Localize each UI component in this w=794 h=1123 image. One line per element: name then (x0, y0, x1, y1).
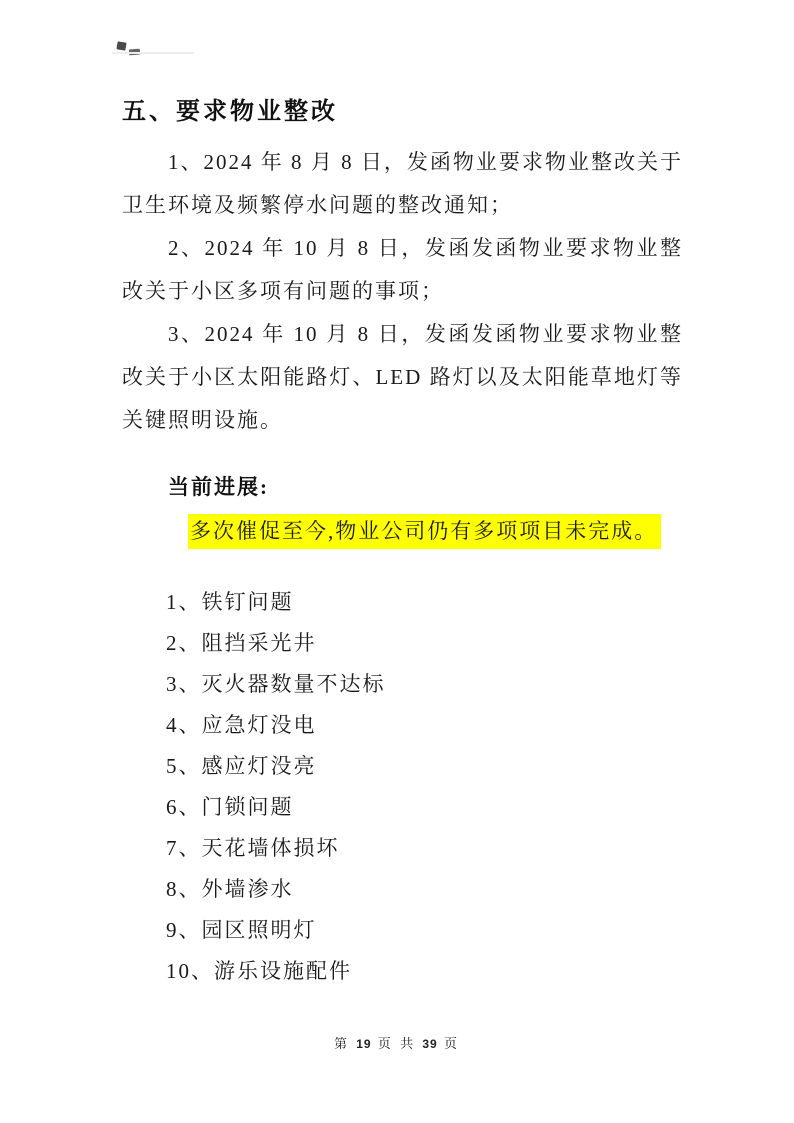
issue-item-9: 9、园区照明灯 (166, 910, 683, 951)
issue-item-5: 5、感应灯没亮 (166, 746, 683, 787)
issue-item-2: 2、阻挡采光井 (166, 623, 683, 664)
footer-middle: 页 共 (378, 1036, 416, 1051)
issue-item-10: 10、游乐设施配件 (166, 951, 683, 992)
page-footer: 第 19 页 共 39 页 (0, 1033, 794, 1052)
progress-heading: 当前进展: (168, 466, 683, 509)
issue-list: 1、铁钉问题 2、阻挡采光井 3、灭火器数量不达标 4、应急灯没电 5、感应灯没… (166, 582, 683, 992)
paragraph-2: 2、2024 年 10 月 8 日，发函发函物业要求物业整改关于小区多项有问题的… (122, 227, 683, 313)
section-heading: 五、要求物业整改 (122, 0, 683, 127)
document-content: 五、要求物业整改 1、2024 年 8 月 8 日，发函物业要求物业整改关于卫生… (122, 0, 683, 992)
issue-item-4: 4、应急灯没电 (166, 705, 683, 746)
paragraph-1: 1、2024 年 8 月 8 日，发函物业要求物业整改关于卫生环境及频繁停水问题… (122, 141, 683, 227)
footer-total-pages: 39 (422, 1037, 437, 1051)
issue-item-3: 3、灭火器数量不达标 (166, 664, 683, 705)
footer-suffix: 页 (444, 1036, 460, 1051)
paragraph-3: 3、2024 年 10 月 8 日，发函发函物业要求物业整改关于小区太阳能路灯、… (122, 313, 683, 442)
issue-item-6: 6、门锁问题 (166, 787, 683, 828)
document-page: 五、要求物业整改 1、2024 年 8 月 8 日，发函物业要求物业整改关于卫生… (0, 0, 794, 1123)
footer-page-number: 19 (356, 1037, 371, 1051)
issue-item-7: 7、天花墙体损坏 (166, 828, 683, 869)
issue-item-8: 8、外墙渗水 (166, 869, 683, 910)
highlighted-note: 多次催促至今,物业公司仍有多项项目未完成。 (188, 514, 661, 549)
highlight-line: 多次催促至今,物业公司仍有多项项目未完成。 (188, 509, 683, 553)
footer-prefix: 第 (334, 1036, 350, 1051)
issue-item-1: 1、铁钉问题 (166, 582, 683, 623)
